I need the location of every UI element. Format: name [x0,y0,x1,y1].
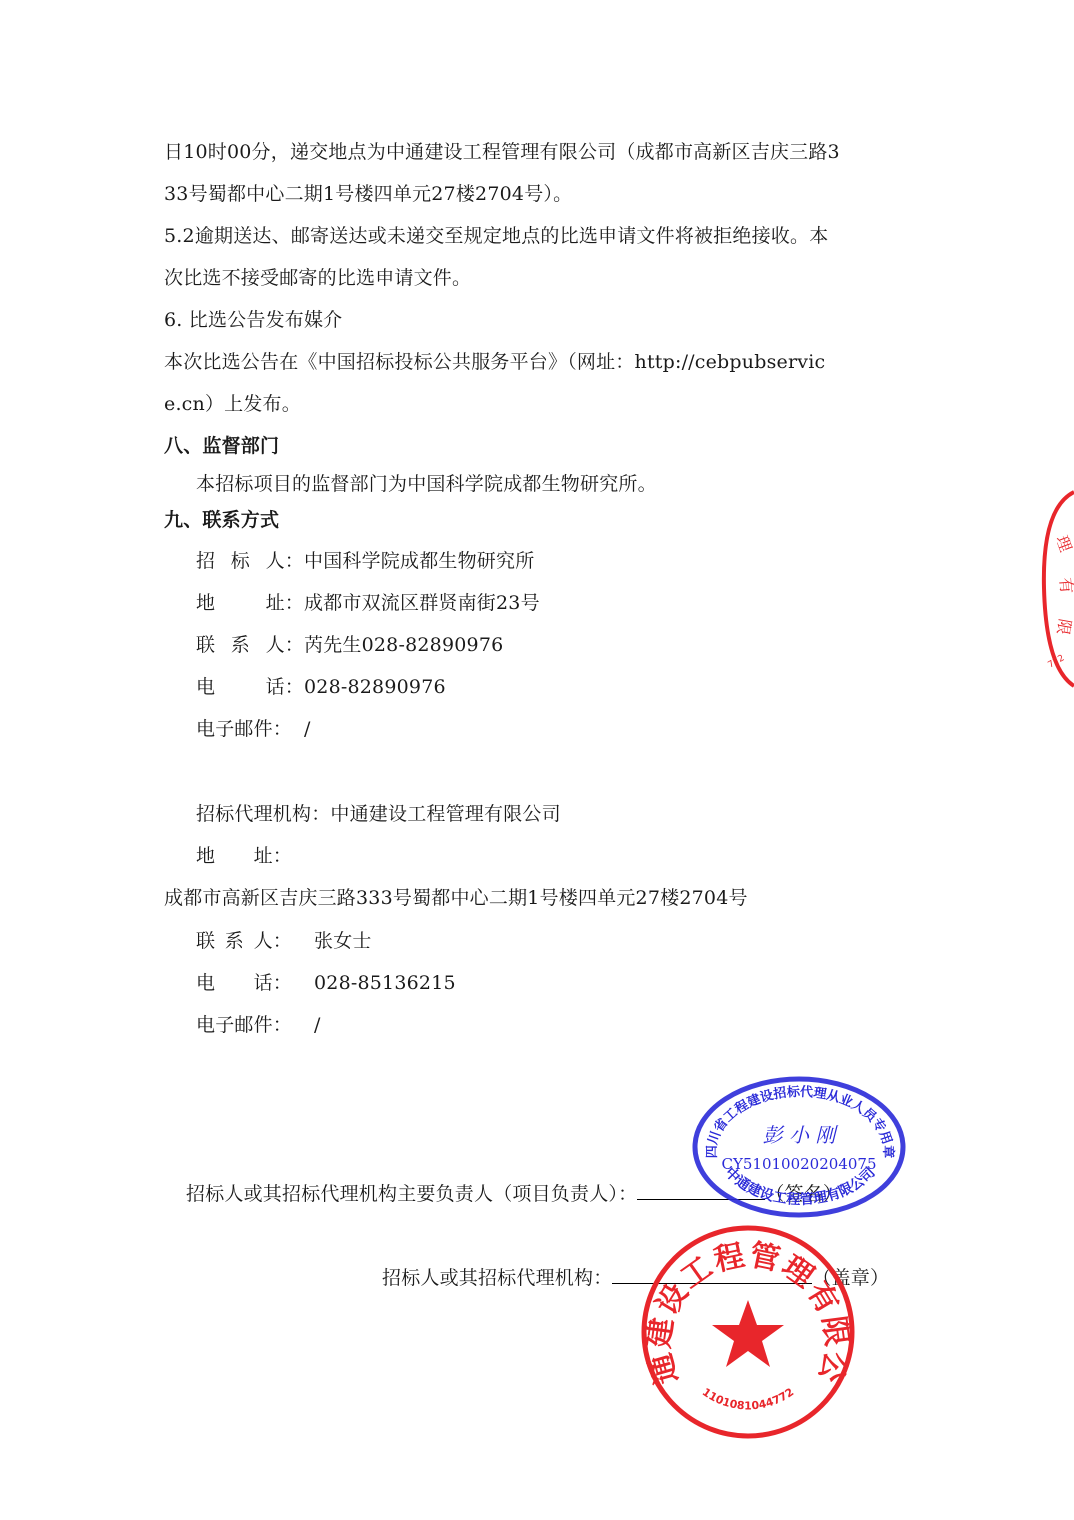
label-char: 人： [254,927,292,955]
edge-seal-stamp: 理 有 限 772 [1040,488,1074,692]
field-label: 地 址： [196,842,292,870]
field-label: 联 系 人： [196,927,292,955]
label-char: 址： [254,842,292,870]
tenderer-email: / [304,715,311,743]
label-char: 址： [266,589,304,617]
agency-phone: 028-85136215 [314,969,456,997]
svg-text:1101081044772: 1101081044772 [700,1385,796,1412]
agency-phone-row: 电 话： 028-85136215 [196,969,456,997]
principal-signature-suffix: （签名） [765,1180,842,1208]
field-label: 电子邮件： [196,715,304,743]
svg-text:中通建设工程管理有限公司: 中通建设工程管理有限公司 [638,1222,854,1388]
section-8-heading: 八、监督部门 [164,432,279,460]
label-char: 系 [231,631,250,659]
tenderer-phone: 028-82890976 [304,673,446,701]
tenderer-address-row: 地 址： 成都市双流区群贤南街23号 [196,589,540,617]
paragraph-line: e.cn）上发布。 [164,390,301,418]
label-char: 地 [196,589,215,617]
section-8-body: 本招标项目的监督部门为中国科学院成都生物研究所。 [196,470,657,498]
field-label: 招 标 人： [196,547,304,575]
label-char: 话： [254,969,292,997]
svg-text:彭 小 刚: 彭 小 刚 [763,1123,840,1147]
field-label: 电 话： [196,673,304,701]
agency-email: / [314,1011,321,1039]
label-char: 话： [266,673,304,701]
tenderer-contact-row: 联 系 人： 芮先生028-82890976 [196,631,503,659]
agency-email-row: 电子邮件： / [196,1011,321,1039]
label-char: 电 [196,969,215,997]
paragraph-line: 次比选不接受邮寄的比选申请文件。 [164,264,471,292]
tenderer-name: 中国科学院成都生物研究所 [304,547,534,575]
agency-name-row: 招标代理机构： 中通建设工程管理有限公司 [196,800,561,828]
svg-text:有: 有 [1056,577,1074,595]
label-char: 电 [196,673,215,701]
label-char: 联 [196,631,215,659]
tenderer-phone-row: 电 话： 028-82890976 [196,673,446,701]
principal-signature-row: 招标人或其招标代理机构主要负责人（项目负责人）： （签名） [186,1180,842,1208]
seal-blank [612,1265,812,1284]
svg-text:772: 772 [1047,653,1067,670]
svg-text:限: 限 [1053,617,1074,636]
paragraph-line: 33号蜀都中心二期1号楼四单元27楼2704号）。 [164,180,572,208]
org-seal-row: 招标人或其招标代理机构： （盖章） [382,1264,889,1292]
signature-blank [637,1181,765,1200]
paragraph-line: 日10时00分，递交地点为中通建设工程管理有限公司（成都市高新区吉庆三路3 [164,138,840,166]
label-char: 招 [196,547,215,575]
agency-address: 成都市高新区吉庆三路333号蜀都中心二期1号楼四单元27楼2704号 [164,884,748,912]
company-seal-stamp: 中通建设工程管理有限公司 1101081044772 [638,1222,858,1442]
org-seal-suffix: （盖章） [812,1264,889,1292]
label-char: 地 [196,842,215,870]
org-seal-label: 招标人或其招标代理机构： [382,1264,612,1292]
field-label: 地 址： [196,589,304,617]
principal-signature-label: 招标人或其招标代理机构主要负责人（项目负责人）： [186,1180,637,1208]
label-char: 人： [266,631,304,659]
tenderer-contact: 芮先生028-82890976 [304,631,503,659]
field-label: 电子邮件： [196,1011,292,1039]
field-label: 电 话： [196,969,292,997]
agency-contact: 张女士 [314,927,372,955]
tenderer-address: 成都市双流区群贤南街23号 [304,589,540,617]
svg-text:理: 理 [1052,533,1074,555]
svg-text:CY51010020204075: CY51010020204075 [722,1155,877,1173]
label-char: 系 [225,927,244,955]
section-9-heading: 九、联系方式 [164,506,279,534]
paragraph-line: 5.2逾期送达、邮寄送达或未递交至规定地点的比选申请文件将被拒绝接收。本 [164,222,828,250]
label-char: 标 [231,547,250,575]
tenderer-name-row: 招 标 人： 中国科学院成都生物研究所 [196,547,534,575]
svg-text:四川省工程建设招标代理从业人员专用章: 四川省工程建设招标代理从业人员专用章 [705,1084,896,1158]
field-label: 联 系 人： [196,631,304,659]
label-char: 联 [196,927,215,955]
label-char: 人： [266,547,304,575]
agency-name: 中通建设工程管理有限公司 [330,800,560,828]
section-6-heading: 6. 比选公告发布媒介 [164,306,342,334]
field-label: 招标代理机构： [196,800,330,828]
agency-contact-row: 联 系 人： 张女士 [196,927,372,955]
tenderer-email-row: 电子邮件： / [196,715,311,743]
paragraph-line: 本次比选公告在《中国招标投标公共服务平台》（网址：http://cebpubse… [164,348,825,376]
agency-address-label-row: 地 址： [196,842,292,870]
star-icon [712,1300,784,1367]
